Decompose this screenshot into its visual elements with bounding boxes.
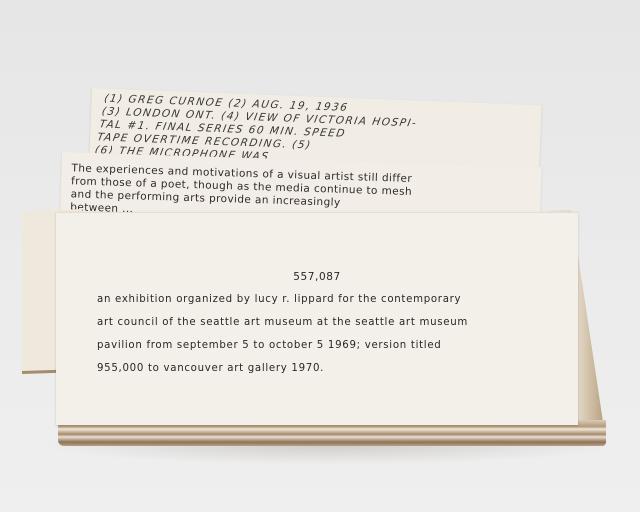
card-title: 557,087 <box>56 271 578 283</box>
card-line: pavilion from september 5 to october 5 1… <box>97 339 568 362</box>
card-line: an exhibition organized by lucy r. lippa… <box>97 293 568 316</box>
card-line: art council of the seattle art museum at… <box>97 316 568 339</box>
photo-scene: (1) GREG CURNOE (2) AUG. 19, 1936 (3) LO… <box>0 0 640 512</box>
card-line: 955,000 to vancouver art gallery 1970. <box>97 362 568 385</box>
front-card: 557,087 an exhibition organized by lucy … <box>56 212 578 425</box>
card-body: an exhibition organized by lucy r. lippa… <box>97 293 568 385</box>
